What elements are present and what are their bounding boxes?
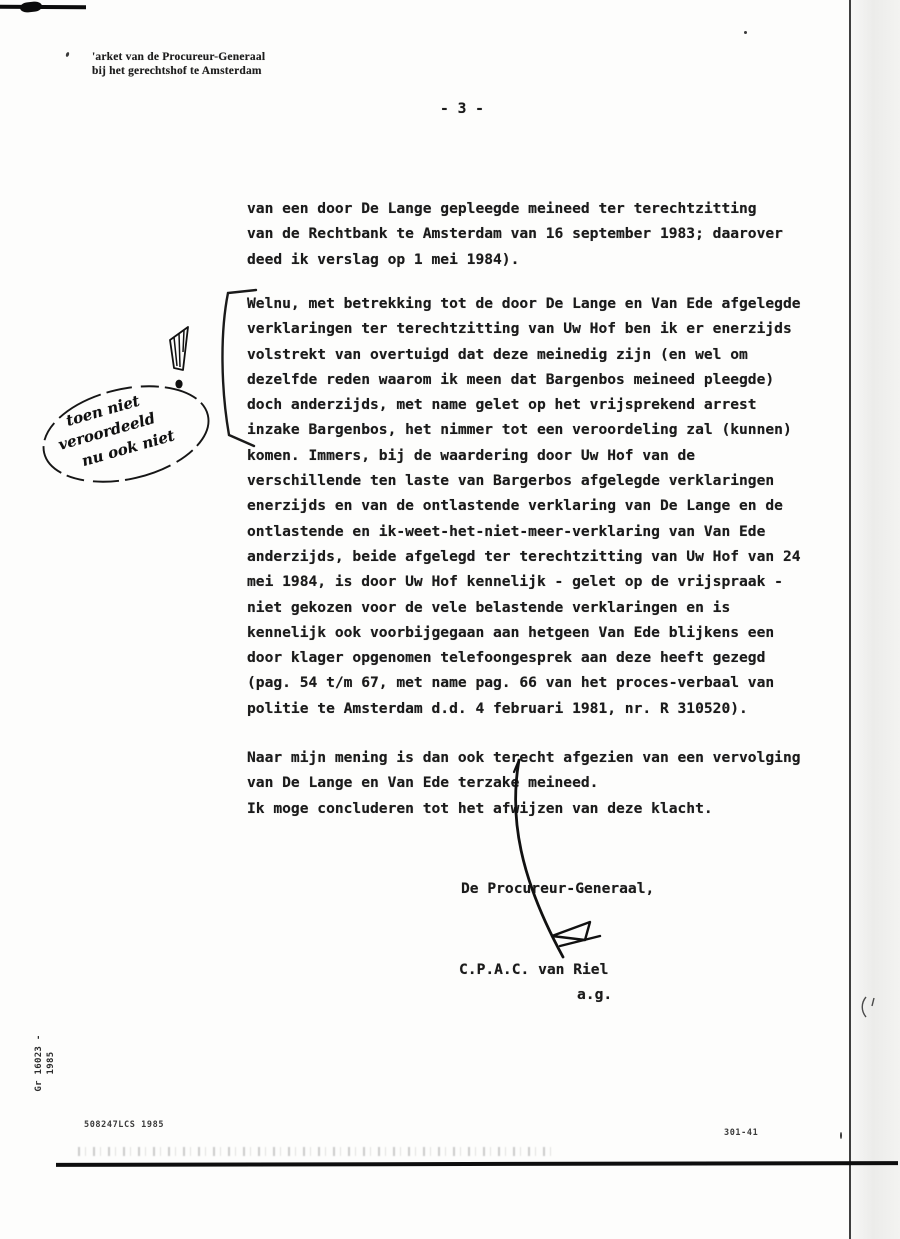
page-number: - 3 - [440,96,484,121]
paragraph-2: Welnu, met betrekking tot de door De Lan… [247,291,801,721]
form-code-vertical: Gr 16023 - 1985 [33,1021,45,1105]
print-code-bottom-left: 508247LCS 1985 [84,1120,164,1130]
scan-speck [744,31,747,34]
pen-signature-stroke [492,748,617,968]
letterhead-line2: bij het gerechtshof te Amsterdam [92,64,265,78]
scanned-letter-page: 'arket van de Procureur-Generaal bij het… [0,0,900,1239]
scan-speck [65,52,70,58]
scan-bottom-line [56,1161,898,1167]
scan-speck [840,1132,842,1139]
scan-streak-blob [20,1,43,13]
scan-pen-mark [858,994,884,1020]
scan-edge-shadow [851,0,900,1239]
paragraph-1: van een door De Lange gepleegde meineed … [247,196,783,272]
smudge-marks [78,1147,558,1156]
print-code-bottom-right: 301-41 [724,1128,758,1138]
scan-page-edge-line [849,0,851,1239]
letterhead: 'arket van de Procureur-Generaal bij het… [92,50,265,78]
letterhead-line1: 'arket van de Procureur-Generaal [92,50,265,64]
scan-streak-top [0,5,86,10]
signature-suffix: a.g. [577,982,612,1007]
